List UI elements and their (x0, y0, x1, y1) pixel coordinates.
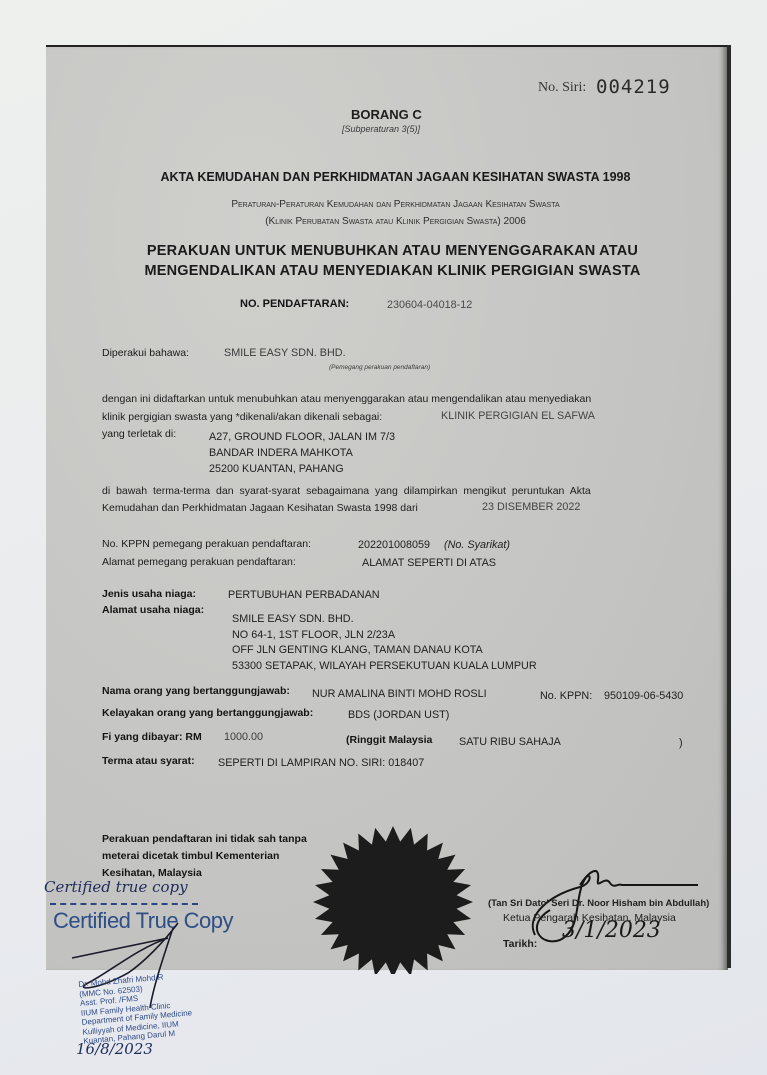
holder-kppn-label: No. KPPN pemegang perakuan pendaftaran: (102, 538, 311, 550)
responsible-kppn-label: No. KPPN: (540, 690, 592, 702)
validity-note-line: Perakuan pendaftaran ini tidak sah tanpa (102, 831, 307, 848)
holder-caption: (Pemegang perakuan pendaftaran) (329, 364, 430, 371)
signed-date: 3/1/2023 (562, 918, 661, 943)
clinic-name: KLINIK PERGIGIAN EL SAFWA (441, 410, 595, 422)
certifier-details: Dr. Mohd Zhafri Mohd R (MMC No. 62503) A… (78, 970, 194, 1046)
fee-words-value: SATU RIBU SAHAJA (459, 736, 561, 748)
qualification-label: Kelayakan orang yang bertanggungjawab: (102, 707, 313, 719)
form-title: BORANG C (351, 107, 422, 122)
handwritten-certified-note: Certified true copy (44, 878, 188, 896)
registration-label: NO. PENDAFTARAN: (240, 298, 349, 310)
regulations-line-2: (Klinik Perubatan Swasta atau Klinik Per… (24, 213, 767, 230)
holder-kppn-value: 202201008059 (358, 539, 430, 551)
conditions-value: SEPERTI DI LAMPIRAN NO. SIRI: 018407 (218, 757, 424, 769)
holder-kppn-note: (No. Syarikat) (444, 539, 510, 551)
terms-start-date: 23 DISEMBER 2022 (482, 501, 580, 513)
business-type-value: PERTUBUHAN PERBADANAN (228, 589, 380, 601)
certificate-title: PERAKUAN UNTUK MENUBUHKAN ATAU MENYENGGA… (0, 241, 767, 281)
registration-number: 230604-04018-12 (387, 299, 472, 311)
clinic-address: A27, GROUND FLOOR, JALAN IM 7/3 BANDAR I… (209, 429, 395, 477)
business-address-line: OFF JLN GENTING KLANG, TAMAN DANAU KOTA (232, 643, 537, 659)
clinic-address-line: A27, GROUND FLOOR, JALAN IM 7/3 (209, 429, 395, 445)
regulations-title: Peraturan-Peraturan Kemudahan dan Perkhi… (0, 196, 767, 230)
business-address-line: SMILE EASY SDN. BHD. (232, 612, 537, 628)
responsible-kppn-value: 950109-06-5430 (604, 690, 683, 702)
regulations-line-1: Peraturan-Peraturan Kemudahan dan Perkhi… (24, 196, 767, 213)
certificate-title-line-1: PERAKUAN UNTUK MENUBUHKAN ATAU MENYENGGA… (18, 241, 767, 261)
terms-line-1: di bawah terma-terma dan syarat-syarat s… (102, 483, 591, 500)
clinic-address-line: BANDAR INDERA MAHKOTA (209, 445, 395, 461)
holder-address-value: ALAMAT SEPERTI DI ATAS (362, 557, 496, 569)
business-address-label: Alamat usaha niaga: (102, 604, 204, 616)
qualification-value: BDS (JORDAN UST) (348, 709, 449, 721)
stamp-dotted-line (50, 903, 198, 905)
business-type-label: Jenis usaha niaga: (102, 588, 196, 600)
conditions-label: Terma atau syarat: (102, 755, 195, 767)
date-label: Tarikh: (503, 938, 537, 950)
fee-words-label: (Ringgit Malaysia (346, 734, 432, 746)
embossed-seal-icon (307, 822, 479, 974)
location-label: yang terletak di: (102, 428, 176, 440)
terms-line-2: Kemudahan dan Perkhidmatan Jagaan Kesiha… (102, 500, 418, 517)
signatory-name: (Tan Sri Dato' Seri Dr. Noor Hisham bin … (488, 898, 709, 909)
clinic-intro-line-2: klinik pergigian swasta yang *dikenali/a… (102, 409, 382, 426)
fee-close-paren: ) (679, 737, 683, 749)
certified-label: Diperakui bahawa: (102, 347, 189, 359)
business-address-line: NO 64-1, 1ST FLOOR, JLN 2/23A (232, 628, 537, 644)
serial-number: 004219 (596, 76, 671, 98)
certification-date: 16/8/2023 (76, 1040, 153, 1058)
serial-label: No. Siri: (538, 80, 586, 96)
sub-regulation: [Subperaturan 3(5)] (342, 124, 420, 134)
responsible-name-value: NUR AMALINA BINTI MOHD ROSLI (312, 688, 487, 700)
validity-note: Perakuan pendaftaran ini tidak sah tanpa… (102, 831, 307, 882)
clinic-address-line: 25200 KUANTAN, PAHANG (209, 461, 395, 477)
business-address: SMILE EASY SDN. BHD. NO 64-1, 1ST FLOOR,… (232, 612, 537, 674)
fee-amount: 1000.00 (224, 731, 263, 743)
certificate-holder: SMILE EASY SDN. BHD. (224, 347, 346, 359)
fee-label: Fi yang dibayar: RM (102, 731, 202, 743)
validity-note-line: meterai dicetak timbul Kementerian (102, 848, 307, 865)
certificate-title-line-2: MENGENDALIKAN ATAU MENYEDIAKAN KLINIK PE… (18, 261, 767, 281)
act-title: AKTA KEMUDAHAN DAN PERKHIDMATAN JAGAAN K… (0, 170, 767, 184)
holder-address-label: Alamat pemegang perakuan pendaftaran: (102, 556, 296, 568)
responsible-name-label: Nama orang yang bertanggungjawab: (102, 685, 290, 697)
clinic-intro-line-1: dengan ini didaftarkan untuk menubuhkan … (102, 391, 591, 408)
business-address-line: 53300 SETAPAK, WILAYAH PERSEKUTUAN KUALA… (232, 659, 537, 675)
